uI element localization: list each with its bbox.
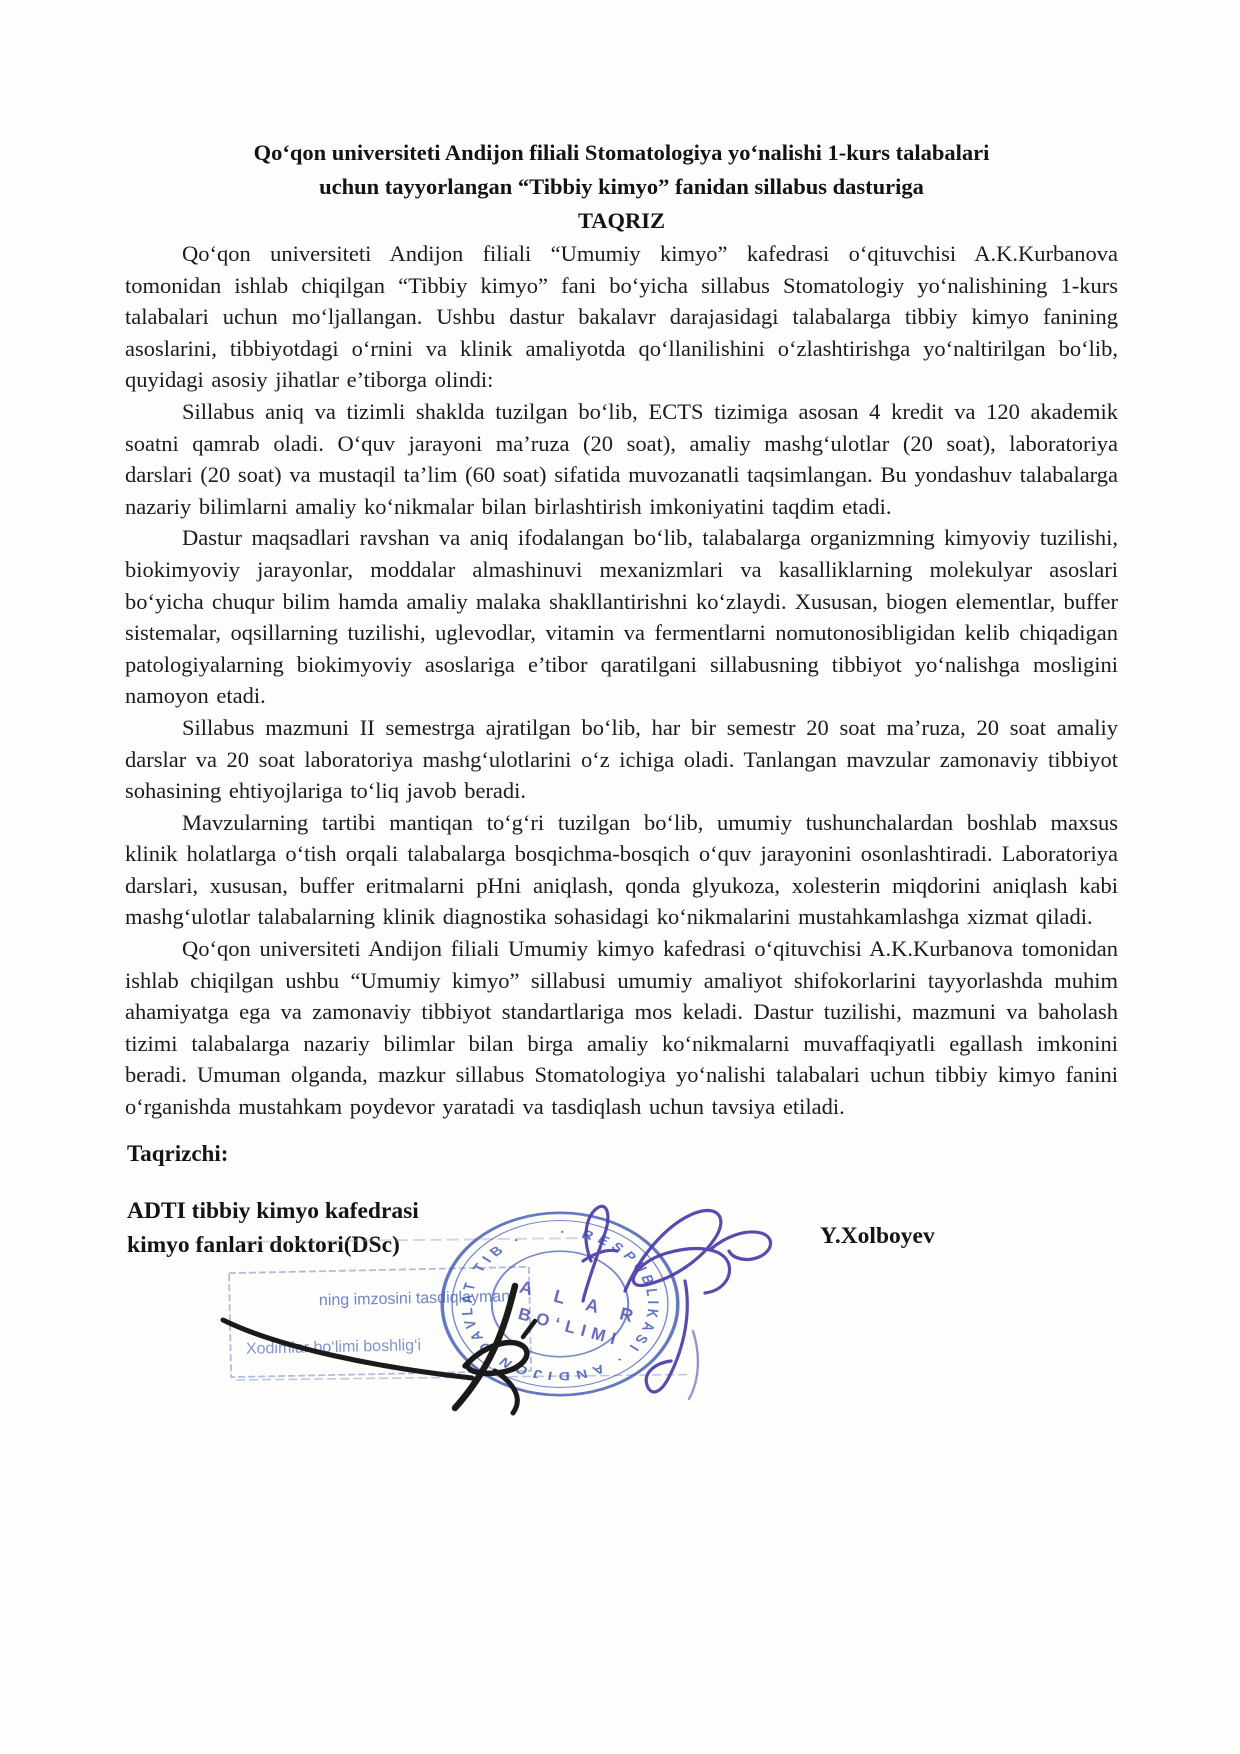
- document-title: Qo‘qon universiteti Andijon filiali Stom…: [125, 136, 1118, 204]
- faint-scan-streak: [243, 1238, 590, 1242]
- document-body: Qo‘qon universiteti Andijon filiali “Umu…: [125, 238, 1118, 1123]
- document-heading: TAQRIZ: [125, 204, 1118, 238]
- paragraph-1: Qo‘qon universiteti Andijon filiali “Umu…: [125, 238, 1118, 396]
- stamps-and-signatures-graphic: ning imzosini tasdiqlayman Xodimlar bo‘l…: [85, 1141, 1115, 1512]
- paragraph-6: Qo‘qon universiteti Andijon filiali Umum…: [125, 933, 1118, 1123]
- paragraph-3: Dastur maqsadlari ravshan va aniq ifodal…: [125, 522, 1118, 712]
- title-line-2: uchun tayyorlangan “Tibbiy kimyo” fanida…: [125, 170, 1118, 204]
- scanned-document-page: Qo‘qon universiteti Andijon filiali Stom…: [0, 0, 1240, 1754]
- paragraph-2: Sillabus aniq va tizimli shaklda tuzilga…: [125, 396, 1118, 522]
- document-content: Qo‘qon universiteti Andijon filiali Stom…: [125, 136, 1118, 1512]
- paragraph-4: Sillabus mazmuni II semestrga ajratilgan…: [125, 712, 1118, 807]
- rect-stamp-text-line-1: ning imzosini tasdiqlayman: [319, 1288, 511, 1309]
- paragraph-5: Mavzularning tartibi mantiqan to‘g‘ri tu…: [125, 807, 1118, 933]
- title-line-1: Qo‘qon universiteti Andijon filiali Stom…: [125, 136, 1118, 170]
- signature-area: Taqrizchi: ADTI tibbiy kimyo kafedrasi k…: [125, 1141, 1118, 1512]
